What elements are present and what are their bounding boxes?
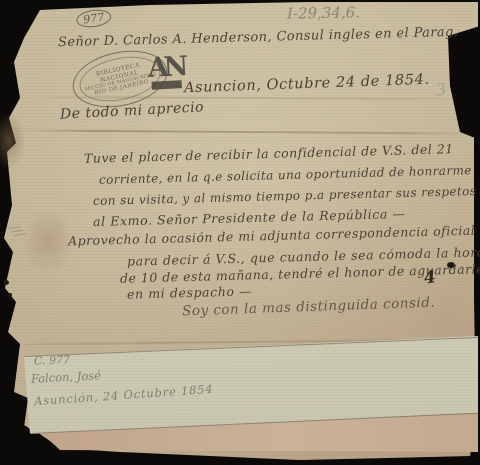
monogram-stamp: AN [147, 53, 184, 90]
pencil-reference-number: I-29,34,6. [287, 3, 360, 22]
monogram-stamp-letters: AN [147, 53, 184, 82]
paper-stain [22, 208, 74, 274]
ink-spot [3, 280, 9, 285]
ink-spot [8, 293, 12, 297]
manuscript-photograph: I-29,34,6. 977 Señor D. Carlos A. Hender… [0, 0, 480, 465]
monogram-stamp-caption-box [151, 80, 181, 90]
slip-catalog-number: C. 977 [34, 353, 70, 367]
